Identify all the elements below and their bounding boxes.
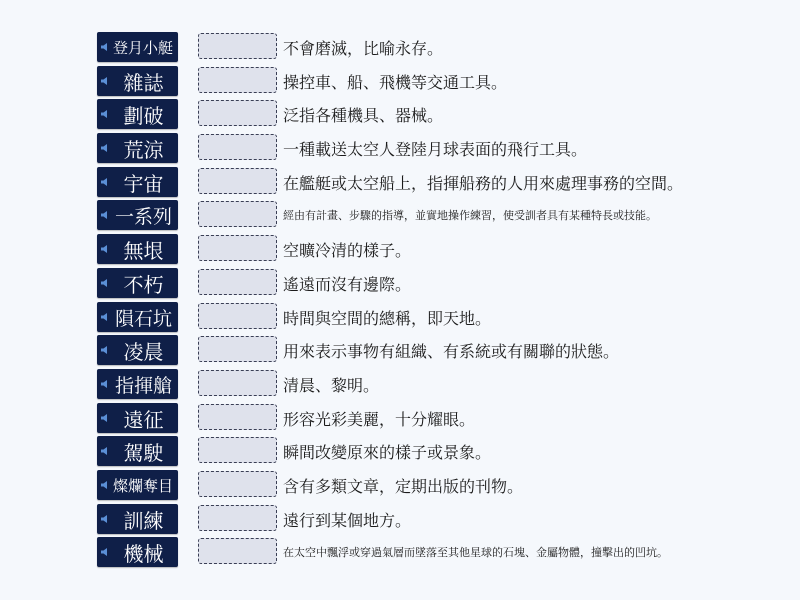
term-label: 劃破 xyxy=(109,99,178,129)
term-card[interactable]: 劃破 xyxy=(97,99,178,129)
term-card[interactable]: 荒涼 xyxy=(97,133,178,163)
term-label: 隕石坑 xyxy=(109,302,178,332)
term-label: 駕駛 xyxy=(109,436,178,466)
term-label: 一系列 xyxy=(109,200,178,230)
term-card[interactable]: 一系列 xyxy=(97,200,178,230)
match-row: 不朽 遙遠而沒有邊際。 xyxy=(97,268,757,298)
term-card[interactable]: 雜誌 xyxy=(97,66,178,96)
match-up-board: 登月小艇 不會磨滅，比喻永存。 雜誌 操控車、船、飛機等交通工具。 劃破 泛指各… xyxy=(0,0,800,600)
definition-text: 不會磨滅，比喻永存。 xyxy=(283,32,443,62)
speaker-icon[interactable] xyxy=(101,144,108,152)
answer-dropzone[interactable] xyxy=(198,168,277,194)
definition-text: 一種載送太空人登陸月球表面的飛行工具。 xyxy=(283,133,587,163)
answer-dropzone[interactable] xyxy=(198,67,277,93)
match-row: 凌晨 用來表示事物有組織、有系統或有關聯的狀態。 xyxy=(97,335,757,365)
answer-dropzone[interactable] xyxy=(198,437,277,463)
speaker-icon[interactable] xyxy=(101,447,108,455)
speaker-icon[interactable] xyxy=(101,178,108,186)
speaker-icon[interactable] xyxy=(101,548,108,556)
definition-text: 清晨、黎明。 xyxy=(283,369,379,399)
term-label: 訓練 xyxy=(109,504,178,534)
answer-dropzone[interactable] xyxy=(198,201,277,227)
match-row: 劃破 泛指各種機具、器械。 xyxy=(97,99,757,129)
term-label: 宇宙 xyxy=(109,167,178,197)
term-label: 遠征 xyxy=(109,403,178,433)
match-row: 無垠 空曠冷清的樣子。 xyxy=(97,234,757,264)
definition-text: 遙遠而沒有邊際。 xyxy=(283,268,411,298)
match-row: 機械 在太空中飄浮或穿過氣層而墜落至其他星球的石塊、金屬物體，撞擊出的凹坑。 xyxy=(97,537,757,567)
speaker-icon[interactable] xyxy=(101,414,108,422)
answer-dropzone[interactable] xyxy=(198,303,277,329)
match-row: 遠征 形容光彩美麗，十分耀眼。 xyxy=(97,403,757,433)
term-card[interactable]: 遠征 xyxy=(97,403,178,433)
term-card[interactable]: 宇宙 xyxy=(97,167,178,197)
answer-dropzone[interactable] xyxy=(198,33,277,59)
answer-dropzone[interactable] xyxy=(198,471,277,497)
definition-text: 經由有計畫、步驟的指導，並實地操作練習，使受訓者具有某種特長或技能。 xyxy=(283,200,657,230)
definition-text: 在艦艇或太空船上，指揮船務的人用來處理事務的空間。 xyxy=(283,167,683,197)
answer-dropzone[interactable] xyxy=(198,404,277,430)
term-label: 指揮艙 xyxy=(109,369,178,399)
term-card[interactable]: 登月小艇 xyxy=(97,32,178,62)
match-row: 雜誌 操控車、船、飛機等交通工具。 xyxy=(97,66,757,96)
answer-dropzone[interactable] xyxy=(198,134,277,160)
term-card[interactable]: 凌晨 xyxy=(97,335,178,365)
match-row: 一系列 經由有計畫、步驟的指導，並實地操作練習，使受訓者具有某種特長或技能。 xyxy=(97,200,757,230)
definition-text: 含有多類文章，定期出版的刊物。 xyxy=(283,470,523,500)
term-card[interactable]: 隕石坑 xyxy=(97,302,178,332)
speaker-icon[interactable] xyxy=(101,313,108,321)
speaker-icon[interactable] xyxy=(101,245,108,253)
answer-dropzone[interactable] xyxy=(198,235,277,261)
speaker-icon[interactable] xyxy=(101,380,108,388)
term-label: 機械 xyxy=(109,537,178,567)
definition-text: 時間與空間的總稱，即天地。 xyxy=(283,302,491,332)
term-card[interactable]: 訓練 xyxy=(97,504,178,534)
definition-text: 在太空中飄浮或穿過氣層而墜落至其他星球的石塊、金屬物體，撞擊出的凹坑。 xyxy=(283,537,668,567)
term-label: 凌晨 xyxy=(109,335,178,365)
definition-text: 操控車、船、飛機等交通工具。 xyxy=(283,66,507,96)
definition-text: 瞬間改變原來的樣子或景象。 xyxy=(283,436,491,466)
term-card[interactable]: 不朽 xyxy=(97,268,178,298)
match-row: 隕石坑 時間與空間的總稱，即天地。 xyxy=(97,302,757,332)
answer-dropzone[interactable] xyxy=(198,100,277,126)
answer-dropzone[interactable] xyxy=(198,269,277,295)
match-row: 宇宙 在艦艇或太空船上，指揮船務的人用來處理事務的空間。 xyxy=(97,167,757,197)
definition-text: 用來表示事物有組織、有系統或有關聯的狀態。 xyxy=(283,335,619,365)
match-row: 登月小艇 不會磨滅，比喻永存。 xyxy=(97,32,757,62)
term-label: 無垠 xyxy=(109,234,178,264)
match-row: 燦爛奪目 含有多類文章，定期出版的刊物。 xyxy=(97,470,757,500)
term-card[interactable]: 指揮艙 xyxy=(97,369,178,399)
term-card[interactable]: 機械 xyxy=(97,537,178,567)
term-label: 荒涼 xyxy=(109,133,178,163)
definition-text: 遠行到某個地方。 xyxy=(283,504,411,534)
speaker-icon[interactable] xyxy=(101,110,108,118)
answer-dropzone[interactable] xyxy=(198,370,277,396)
term-label: 燦爛奪目 xyxy=(108,470,178,500)
speaker-icon[interactable] xyxy=(101,77,108,85)
definition-text: 形容光彩美麗，十分耀眼。 xyxy=(283,403,475,433)
speaker-icon[interactable] xyxy=(101,279,108,287)
speaker-icon[interactable] xyxy=(101,515,108,523)
match-row: 指揮艙 清晨、黎明。 xyxy=(97,369,757,399)
answer-dropzone[interactable] xyxy=(198,538,277,564)
term-card[interactable]: 無垠 xyxy=(97,234,178,264)
answer-dropzone[interactable] xyxy=(198,505,277,531)
term-label: 不朽 xyxy=(109,268,178,298)
term-label: 雜誌 xyxy=(109,66,178,96)
speaker-icon[interactable] xyxy=(101,481,108,489)
match-row: 駕駛 瞬間改變原來的樣子或景象。 xyxy=(97,436,757,466)
match-row: 荒涼 一種載送太空人登陸月球表面的飛行工具。 xyxy=(97,133,757,163)
definition-text: 空曠冷清的樣子。 xyxy=(283,234,411,264)
term-card[interactable]: 燦爛奪目 xyxy=(97,470,178,500)
term-label: 登月小艇 xyxy=(108,32,178,62)
definition-text: 泛指各種機具、器械。 xyxy=(283,99,443,129)
speaker-icon[interactable] xyxy=(101,43,108,51)
answer-dropzone[interactable] xyxy=(198,336,277,362)
match-row: 訓練 遠行到某個地方。 xyxy=(97,504,757,534)
term-card[interactable]: 駕駛 xyxy=(97,436,178,466)
speaker-icon[interactable] xyxy=(101,211,108,219)
speaker-icon[interactable] xyxy=(101,346,108,354)
